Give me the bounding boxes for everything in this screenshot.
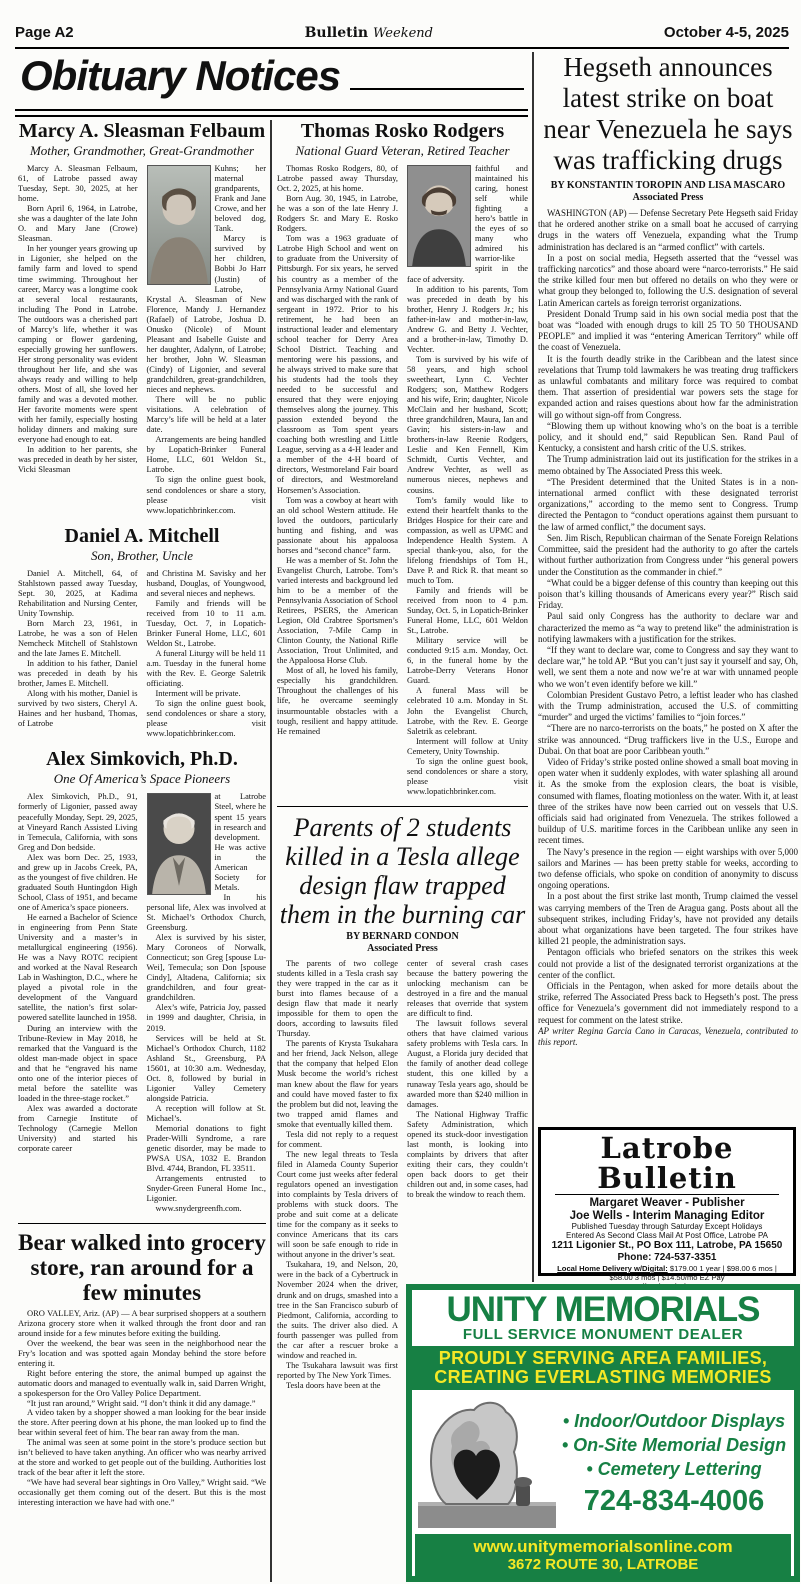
paragraph: Alex’s wife, Patricia Joy, passed in 199… xyxy=(147,1003,267,1033)
paragraph: Tom is survived by his wife of 58 years,… xyxy=(407,355,528,496)
issue-date: October 4-5, 2025 xyxy=(664,24,789,41)
paragraph: To sign the online guest book, send cond… xyxy=(147,699,267,739)
article-body: WASHINGTON (AP) — Defense Secretary Pete… xyxy=(538,208,798,1026)
heading-rule xyxy=(350,88,524,90)
obituary-text-col1: Alex Simkovich, Ph.D., 91, formerly of L… xyxy=(18,792,138,1214)
newspaper-page: Page A2 Bulletin Weekend October 4-5, 20… xyxy=(0,0,801,1584)
obituary-text-col1: Thomas Rosko Rodgers, 80, of Latrobe pas… xyxy=(277,164,398,797)
paragraph: center of several crash cases because th… xyxy=(407,959,528,1019)
published-line: Published Tuesday through Saturday Excep… xyxy=(545,1222,789,1231)
obituary-text-col2: faithful and maintained his caring, hone… xyxy=(407,164,528,797)
article-divider xyxy=(277,806,528,807)
paragraph: • Cemetery Lettering xyxy=(558,1457,790,1481)
obituary-marcy-felbaum: Marcy A. Sleasman Felbaum Mother, Grandm… xyxy=(18,120,266,516)
paragraph: In addition to her parents, she was prec… xyxy=(18,445,138,475)
paragraph: Sen. Jim Risch, Republican chairman of t… xyxy=(538,533,798,578)
paragraph: ORO VALLEY, Ariz. (AP) — A bear surprise… xyxy=(18,1309,266,1339)
column-divider xyxy=(532,52,534,1282)
obituary-alex-simkovich: Alex Simkovich, Ph.D. One Of America’s S… xyxy=(18,748,266,1214)
obituary-subtitle: National Guard Veteran, Retired Teacher xyxy=(277,143,528,159)
paragraph: Tom’s family would like to extend their … xyxy=(407,496,528,586)
obituary-name: Alex Simkovich, Ph.D. xyxy=(18,748,266,771)
paragraph: There will be no public visitations. A c… xyxy=(147,395,267,435)
double-rule xyxy=(15,109,528,117)
unity-memorials-ad: UNITY MEMORIALS FULL SERVICE MONUMENT DE… xyxy=(406,1284,800,1582)
paragraph: The parents of two college students kill… xyxy=(277,959,398,1039)
paragraph: The Trump administration laid out its ju… xyxy=(538,454,798,476)
section-title: Obituary Notices xyxy=(20,52,340,100)
paragraph: WASHINGTON (AP) — Defense Secretary Pete… xyxy=(538,208,798,253)
obituary-subtitle: Son, Brother, Uncle xyxy=(18,548,266,564)
column-left: Marcy A. Sleasman Felbaum Mother, Grandm… xyxy=(18,120,266,1582)
ad-subtitle: FULL SERVICE MONUMENT DEALER xyxy=(412,1327,794,1343)
ad-banner-line1: PROUDLY SERVING AREA FAMILIES, xyxy=(412,1349,794,1368)
paragraph: “We have had several bear sightings in O… xyxy=(18,1478,266,1508)
paragraph: Tesla doors have been at the xyxy=(277,1381,398,1391)
monument-image xyxy=(416,1392,558,1532)
paragraph: Alex was born Dec. 25, 1933, and grew up… xyxy=(18,853,138,913)
paragraph: Along with his mother, Daniel is survive… xyxy=(18,689,138,729)
ad-banner: PROUDLY SERVING AREA FAMILIES, CREATING … xyxy=(412,1346,794,1390)
masthead-edition: Weekend xyxy=(373,26,433,41)
column-divider xyxy=(270,120,272,1582)
obituary-text-col2: at Latrobe Steel, where he spent 15 year… xyxy=(147,792,267,1214)
paragraph: It is the fourth deadly strike in the Ca… xyxy=(538,354,798,421)
paragraph: Alex was awarded a doctorate from Carneg… xyxy=(18,1104,138,1154)
paragraph: Tom was a cowboy at heart with an old sc… xyxy=(277,496,398,556)
page-header: Page A2 Bulletin Weekend October 4-5, 20… xyxy=(15,24,789,41)
paragraph: Pentagon officials who briefed senators … xyxy=(538,947,798,981)
paragraph: The lawsuit follows several others that … xyxy=(407,1019,528,1109)
ad-phone: 724-834-4006 xyxy=(558,1486,790,1516)
byline-author: BY BERNARD CONDON xyxy=(277,931,528,943)
paragraph: He was a member of St. John the Evangeli… xyxy=(277,556,398,667)
paragraph: Born Aug. 30, 1945, in Latrobe, he was a… xyxy=(277,194,398,234)
paragraph: Born April 6, 1964, in Latrobe, she was … xyxy=(18,204,138,244)
paragraph: Interment will follow at Unity Cemetery,… xyxy=(407,737,528,757)
column-right: Hegseth announces latest strike on boat … xyxy=(538,52,798,1127)
paragraph: Tom was a 1963 graduate of Latrobe High … xyxy=(277,234,398,495)
article-bear: Bear walked into grocery store, ran arou… xyxy=(18,1230,266,1507)
paragraph: Most of all, he loved his family, especi… xyxy=(277,666,398,736)
article-credit: AP writer Regina Garcia Cano in Caracas,… xyxy=(538,1026,798,1048)
paragraph: A funeral Mass will be celebrated 10 a.m… xyxy=(407,686,528,736)
paragraph: Arrangements entrusted to Snyder-Green F… xyxy=(147,1174,267,1204)
paragraph: Marcy A. Sleasman Felbaum, 61, of Latrob… xyxy=(18,164,138,204)
paragraph: Arrangements are being handled by Lopati… xyxy=(147,435,267,475)
ad-footer: www.unitymemorialsonline.com 3672 ROUTE … xyxy=(415,1534,791,1577)
paragraph: Family and friends will be received from… xyxy=(147,599,267,649)
paragraph: Interment will be private. xyxy=(147,689,267,699)
paragraph: Daniel A. Mitchell, 64, of Stahlstown pa… xyxy=(18,569,138,619)
obituary-text-col2-rest: In addition to his parents, Tom was prec… xyxy=(407,285,528,797)
article-headline: Parents of 2 students killed in a Tesla … xyxy=(277,813,528,929)
publisher-line: Margaret Weaver - Publisher xyxy=(545,1197,789,1210)
portrait-photo-marcy xyxy=(147,165,211,285)
paragraph: Tesla did not reply to a request for com… xyxy=(277,1130,398,1150)
obituary-subtitle: Mother, Grandmother, Great-Grandmother xyxy=(18,143,266,159)
obituary-daniel-mitchell: Daniel A. Mitchell Son, Brother, Uncle D… xyxy=(18,525,266,740)
paragraph: and Christina M. Savisky and her husband… xyxy=(147,569,267,599)
paragraph: Military service will be conducted 9:15 … xyxy=(407,636,528,686)
article-headline: Bear walked into grocery store, ran arou… xyxy=(18,1230,266,1305)
paragraph: The Tsukahara lawsuit was first reported… xyxy=(277,1361,398,1381)
paragraph: Services will be held at St. Michael’s O… xyxy=(147,1034,267,1104)
obituary-text-col2: and Christina M. Savisky and her husband… xyxy=(147,569,267,740)
paragraph: Thomas Rosko Rodgers, 80, of Latrobe pas… xyxy=(277,164,398,194)
masthead-small: Bulletin Weekend xyxy=(305,25,433,41)
paragraph: The animal was seen at some point in the… xyxy=(18,1438,266,1478)
obituary-thomas-rodgers: Thomas Rosko Rodgers National Guard Vete… xyxy=(277,120,528,797)
paragraph: The Navy’s presence in the region — eigh… xyxy=(538,847,798,892)
address-phone-line: 1211 Ligonier St., PO Box 111, Latrobe, … xyxy=(545,1240,789,1264)
paragraph: A funeral Liturgy will be held 11 a.m. T… xyxy=(147,649,267,689)
masthead-box-title: Latrobe Bulletin xyxy=(545,1133,789,1193)
editor-line: Joe Wells - Interim Managing Editor xyxy=(545,1210,789,1223)
section-heading: Obituary Notices xyxy=(20,52,528,100)
article-hegseth: Hegseth announces latest strike on boat … xyxy=(538,52,798,1048)
ad-website: www.unitymemorialsonline.com xyxy=(415,1537,791,1556)
paragraph: To sign the online guest book, send cond… xyxy=(407,757,528,797)
byline-agency: Associated Press xyxy=(277,943,528,955)
paragraph: www.snydergreenfh.com. xyxy=(147,1204,267,1214)
ad-banner-line2: CREATING EVERLASTING MEMORIES xyxy=(412,1368,794,1387)
obituary-name: Marcy A. Sleasman Felbaum xyxy=(18,120,266,143)
paragraph: The National Highway Traffic Safety Admi… xyxy=(407,1110,528,1200)
paragraph: President Donald Trump said in his own s… xyxy=(538,309,798,354)
obituary-text-col2-rest: In his personal life, Alex was involved … xyxy=(147,893,267,1215)
obituary-text-col2: Kuhns; her maternal grandparents, Frank … xyxy=(147,164,267,516)
paragraph: Over the weekend, the bear was seen in t… xyxy=(18,1339,266,1369)
local-delivery-rates: Local Home Delivery w/Digital: $179.00 1… xyxy=(545,1264,789,1282)
article-body: ORO VALLEY, Ariz. (AP) — A bear surprise… xyxy=(18,1309,266,1507)
paragraph: In addition to his parents, Tom was prec… xyxy=(407,285,528,355)
portrait-photo-rodgers xyxy=(407,165,471,267)
paragraph: Alex is survived by his sister, Mary Cor… xyxy=(147,933,267,1003)
paragraph: “If they want to declare war, come to Co… xyxy=(538,645,798,690)
ad-bullet-list: • Indoor/Outdoor Displays• On-Site Memor… xyxy=(558,1409,790,1481)
ad-title: UNITY MEMORIALS xyxy=(412,1292,794,1327)
paragraph: In a post about the first strike last mo… xyxy=(538,891,798,947)
article-text-col1: The parents of two college students kill… xyxy=(277,959,398,1391)
byline-agency: Associated Press xyxy=(538,192,798,204)
paragraph: Memorial donations to fight Prader-Willi… xyxy=(147,1124,267,1174)
paragraph: Colombian President Gustavo Petro, a lef… xyxy=(538,690,798,724)
masthead-title: Bulletin xyxy=(305,25,369,41)
paragraph: Right before entering the store, the ani… xyxy=(18,1369,266,1399)
paragraph: “What could be a bigger defense of this … xyxy=(538,578,798,612)
paragraph: Tsukahara, 19, and Nelson, 20, were in t… xyxy=(277,1260,398,1360)
paragraph: He earned a Bachelor of Science in engin… xyxy=(18,913,138,1024)
paragraph: • On-Site Memorial Design xyxy=(558,1433,790,1457)
paragraph: Officials in the Pentagon, when asked fo… xyxy=(538,981,798,1026)
byline-author: BY KONSTANTIN TOROPIN AND LISA MASCARO xyxy=(538,180,798,192)
paragraph: • Indoor/Outdoor Displays xyxy=(558,1409,790,1433)
paragraph: In a post on social media, Hegseth asser… xyxy=(538,253,798,309)
article-byline: BY KONSTANTIN TOROPIN AND LISA MASCARO A… xyxy=(538,180,798,204)
paragraph: “Blowing them up without knowing who’s o… xyxy=(538,421,798,455)
paragraph: Born March 23, 1961, in Latrobe, he was … xyxy=(18,619,138,659)
paragraph: To sign the online guest book, send cond… xyxy=(147,475,267,515)
article-byline: BY BERNARD CONDON Associated Press xyxy=(277,931,528,955)
paragraph: Family and friends will be received from… xyxy=(407,586,528,636)
page-number: Page A2 xyxy=(15,24,74,41)
obituary-text-col1: Marcy A. Sleasman Felbaum, 61, of Latrob… xyxy=(18,164,138,516)
paragraph: The parents of Krysta Tsukahara and her … xyxy=(277,1039,398,1129)
paragraph: In addition to his father, Daniel was pr… xyxy=(18,659,138,689)
paragraph: During an interview with the Tribune-Rev… xyxy=(18,1024,138,1104)
paragraph: Video of Friday’s strike posted online s… xyxy=(538,757,798,847)
header-rule xyxy=(15,47,789,49)
paragraph: “There are no narco-terrorists on the bo… xyxy=(538,723,798,757)
paragraph: A video taken by a shopper showed a man … xyxy=(18,1408,266,1438)
masthead-info-box: Latrobe Bulletin Margaret Weaver - Publi… xyxy=(538,1127,796,1276)
paragraph: The new legal threats to Tesla filed in … xyxy=(277,1150,398,1261)
paragraph: Alex Simkovich, Ph.D., 91, formerly of L… xyxy=(18,792,138,852)
obituary-name: Daniel A. Mitchell xyxy=(18,525,266,548)
article-headline: Hegseth announces latest strike on boat … xyxy=(538,52,798,176)
obituary-text-col1: Daniel A. Mitchell, 64, of Stahlstown pa… xyxy=(18,569,138,740)
article-divider xyxy=(18,1223,266,1224)
obituary-name: Thomas Rosko Rodgers xyxy=(277,120,528,143)
obituary-subtitle: One Of America’s Space Pioneers xyxy=(18,771,266,787)
paragraph: In her younger years growing up in Ligon… xyxy=(18,244,138,445)
paragraph: In his personal life, Alex was involved … xyxy=(147,893,267,933)
ad-address: 3672 ROUTE 30, LATROBE xyxy=(415,1556,791,1573)
entered-line: Entered As Second Class Mail At Post Off… xyxy=(545,1231,789,1240)
paragraph: Paul said only Congress has the authorit… xyxy=(538,611,798,645)
paragraph: A reception will follow at St. Michael’s… xyxy=(147,1104,267,1124)
portrait-photo-simkovich xyxy=(147,793,211,895)
paragraph: “The President determined that the Unite… xyxy=(538,477,798,533)
